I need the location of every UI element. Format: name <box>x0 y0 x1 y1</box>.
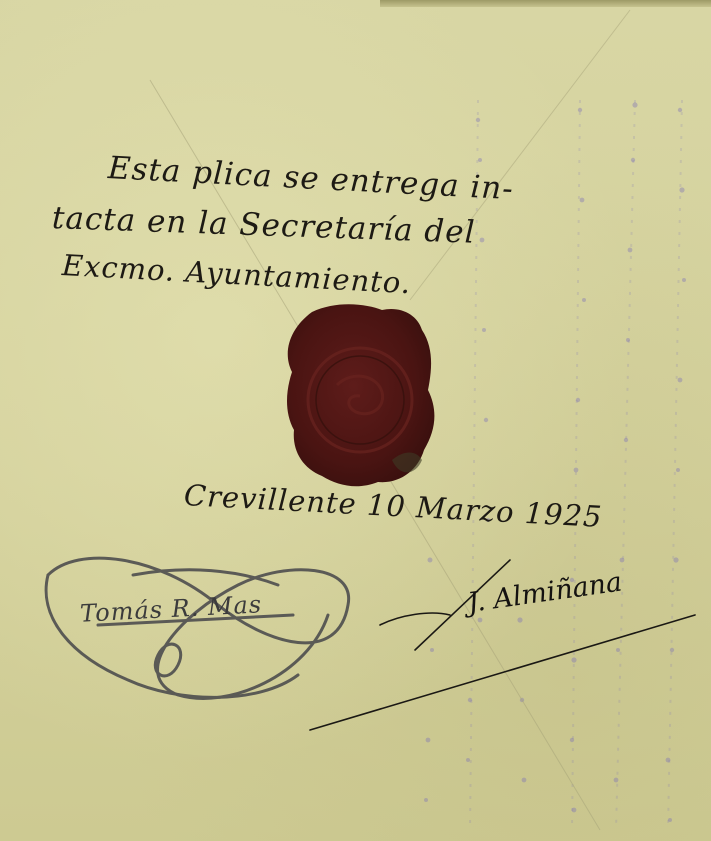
wax-seal-icon <box>282 300 440 488</box>
document-page: Esta plica se entrega in- tacta en la Se… <box>0 0 711 841</box>
